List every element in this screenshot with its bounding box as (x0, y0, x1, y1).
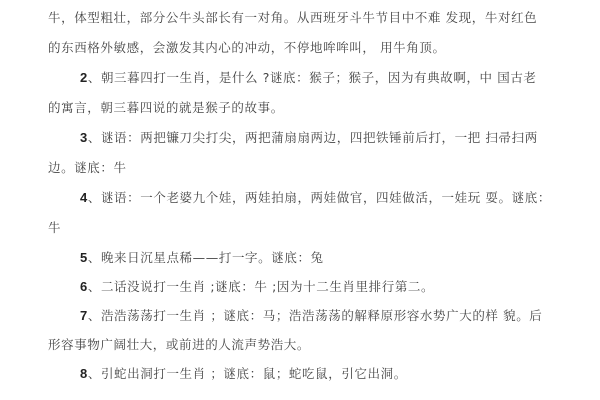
line-text: 的寓言，朝三暮四说的就是猴子的故事。 (48, 100, 284, 115)
paragraph-line: 形容事物广阔壮大，或前进的人流声势浩大。 (48, 337, 568, 353)
document-page: 牛，体型粗壮，部分公牛头部长有一对角。从西班牙斗牛节目中不难 发现，牛对红色 的… (0, 0, 600, 400)
line-text: 、谜语：一个老婆九个娃，两娃拍扇，两娃做官，四娃做活，一娃玩 耍。谜底： (88, 190, 551, 205)
item-number: 6 (80, 279, 88, 294)
riddle-item-8: 8、引蛇出洞打一生肖 ；谜底：鼠；蛇吃鼠，引它出洞。 (80, 366, 600, 382)
item-number: 4 (80, 190, 88, 205)
line-text: 、引蛇出洞打一生肖 ；谜底：鼠；蛇吃鼠，引它出洞。 (88, 366, 407, 381)
riddle-item-3: 3、谜语：两把镰刀尖打尖，两把蒲扇扇两边，四把铁锤前后打，一把 扫帚扫两 (80, 130, 600, 146)
line-text: 形容事物广阔壮大，或前进的人流声势浩大。 (48, 337, 310, 352)
paragraph-line: 的东西格外敏感，会激发其内心的冲动，不停地哞哞叫， 用牛角顶。 (48, 40, 568, 56)
line-text: 、朝三暮四打一生肖，是什么 ?谜底：猴子；猴子，因为有典故啊，中 国古老 (88, 70, 537, 85)
riddle-item-5: 5、晚来日沉星点稀——打一字。谜底：兔 (80, 250, 600, 266)
paragraph-line: 牛，体型粗壮，部分公牛头部长有一对角。从西班牙斗牛节目中不难 发现，牛对红色 (48, 10, 568, 26)
line-text: 、晚来日沉星点稀——打一字。谜底：兔 (88, 250, 324, 265)
line-text: 的东西格外敏感，会激发其内心的冲动，不停地哞哞叫， 用牛角顶。 (48, 40, 446, 55)
line-text: 、浩浩荡荡打一生肖 ；谜底：马；浩浩荡荡的解释原形容水势广大的样 貌。后 (88, 308, 543, 323)
item-number: 5 (80, 250, 88, 265)
item-number: 8 (80, 366, 88, 381)
line-text: 、二话没说打一生肖 ;谜底：牛 ;因为十二生肖里排行第二。 (88, 279, 434, 294)
line-text: 牛 (48, 220, 61, 235)
riddle-item-7: 7、浩浩荡荡打一生肖 ；谜底：马；浩浩荡荡的解释原形容水势广大的样 貌。后 (80, 308, 600, 324)
item-number: 7 (80, 308, 88, 323)
line-text: 牛，体型粗壮，部分公牛头部长有一对角。从西班牙斗牛节目中不难 发现，牛对红色 (48, 10, 537, 25)
item-number: 2 (80, 70, 88, 85)
paragraph-line: 牛 (48, 220, 568, 236)
riddle-item-4: 4、谜语：一个老婆九个娃，两娃拍扇，两娃做官，四娃做活，一娃玩 耍。谜底： (80, 190, 600, 206)
item-number: 3 (80, 130, 88, 145)
line-text: 、谜语：两把镰刀尖打尖，两把蒲扇扇两边，四把铁锤前后打，一把 扫帚扫两 (88, 130, 538, 145)
riddle-item-6: 6、二话没说打一生肖 ;谜底：牛 ;因为十二生肖里排行第二。 (80, 279, 600, 295)
line-text: 边。谜底：牛 (48, 160, 127, 175)
paragraph-line: 边。谜底：牛 (48, 160, 568, 176)
paragraph-line: 的寓言，朝三暮四说的就是猴子的故事。 (48, 100, 568, 116)
riddle-item-2: 2、朝三暮四打一生肖，是什么 ?谜底：猴子；猴子，因为有典故啊，中 国古老 (80, 70, 600, 86)
